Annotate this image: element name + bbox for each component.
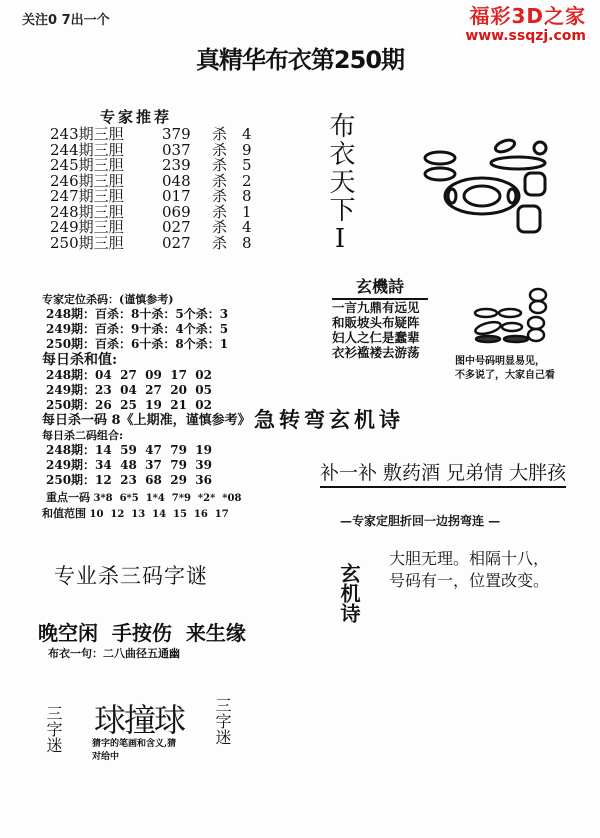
sanzimi-left: 三字迷 bbox=[44, 705, 62, 753]
riddle-title: 专业杀三码字谜 bbox=[54, 560, 208, 590]
buyi-sentence: 布衣一句：二八曲径五通幽 bbox=[48, 645, 180, 661]
jizhuan-title: 急转弯玄机诗 bbox=[0, 404, 600, 434]
pictograph-image bbox=[420, 138, 550, 238]
kill-two-row: 249期：34 48 37 79 39 bbox=[42, 458, 251, 473]
qiu-zhuang-qiu: 球撞球 bbox=[94, 695, 184, 741]
kill: 8 bbox=[242, 236, 252, 252]
poem-line: 和販坡头布疑阵 bbox=[332, 315, 428, 330]
sum-range-values: 10 12 13 14 15 16 17 bbox=[89, 509, 228, 520]
sum-kill-row: 249期：23 04 27 20 05 bbox=[42, 383, 251, 398]
xuanji-poem-title: 玄機詩 bbox=[332, 274, 428, 300]
image-caption: 图中号码明显易见， 不多说了，大家自己看 bbox=[455, 355, 555, 383]
sum-kill-title: 每日杀和值: bbox=[42, 353, 251, 368]
xuanji-poem-box: 玄機詩 一言九鼎有远见 和販坡头布疑阵 妇人之仁是蠢辈 衣衫褴褛去游荡 bbox=[332, 274, 428, 360]
jizhuan-riddle-line: 补一补 敷药酒 兄弟情 大胖孩 bbox=[320, 458, 566, 488]
poem-line: 号码有一，位置改变。 bbox=[389, 570, 549, 592]
caption-line: 图中号码明显易见， bbox=[455, 355, 555, 369]
xuanji-shi-vertical: 玄机诗 bbox=[334, 563, 364, 623]
pictograph-image-2 bbox=[472, 287, 552, 347]
caption-line: 不多说了，大家自己看 bbox=[455, 369, 555, 383]
buyi-tianxia-vertical: 布衣天下I bbox=[325, 112, 355, 256]
poem-line: 妇人之仁是蠢辈 bbox=[332, 330, 428, 345]
position-kill-title: 专家定位杀码：(谨慎参考) bbox=[42, 292, 251, 307]
position-kill-row: 249期：百杀：9十杀：4个杀：5 bbox=[42, 322, 251, 337]
brand-watermark: 福彩3D之家 www.ssqzj.com bbox=[465, 4, 586, 44]
poem-line: 一言九鼎有远见 bbox=[332, 300, 428, 315]
qiu-note: 猜字的笔画和含义,猜对给中 bbox=[92, 738, 182, 764]
position-kill-row: 250期：百杀：6十杀：8个杀：1 bbox=[42, 337, 251, 352]
kill-two-row: 248期：14 59 47 79 19 bbox=[42, 443, 251, 458]
position-kill-row: 248期：百杀：8十杀：5个杀：3 bbox=[42, 307, 251, 322]
kill-two-row: 250期：12 23 68 29 36 bbox=[42, 473, 251, 488]
key-one-values: 3*8 6*5 1*4 7*9 *2* *08 bbox=[93, 493, 241, 504]
key-one-code: 重点一码 3*8 6*5 1*4 7*9 *2* *08 bbox=[42, 490, 251, 506]
expert-note: —专家定胆折回一边拐弯连 — bbox=[340, 512, 500, 529]
nums: 027 bbox=[162, 236, 212, 252]
sum-kill-row: 248期：04 27 09 17 02 bbox=[42, 368, 251, 383]
page-title: 真精华布衣第250期 bbox=[0, 40, 600, 75]
sanzimi-right: 三字迷 bbox=[213, 697, 231, 745]
expert-row: 250期三胆027杀8 bbox=[50, 236, 252, 252]
poem-line: 衣衫褴褛去游荡 bbox=[332, 345, 428, 360]
top-note: 关注0 7出一个 bbox=[22, 9, 110, 28]
key-one-label: 重点一码 bbox=[46, 491, 90, 504]
sum-range-label: 和值范围 bbox=[42, 507, 86, 520]
issue: 250期三胆 bbox=[50, 236, 162, 252]
brand-name: 福彩3D之家 bbox=[465, 4, 586, 28]
sum-range: 和值范围 10 12 13 14 15 16 17 bbox=[42, 506, 251, 522]
expert-list: 243期三胆379杀4 244期三胆037杀9 245期三胆239杀5 246期… bbox=[50, 127, 252, 251]
xuanji-shi-poem: 大胆无理。相隔十八， 号码有一，位置改变。 bbox=[389, 548, 549, 592]
expert-section-title: 专家推荐 bbox=[100, 106, 172, 127]
poem-line: 大胆无理。相隔十八， bbox=[389, 548, 549, 570]
riddle-main: 晚空闲 手按伤 来生缘 bbox=[38, 617, 246, 646]
kill-label: 杀 bbox=[212, 236, 242, 252]
